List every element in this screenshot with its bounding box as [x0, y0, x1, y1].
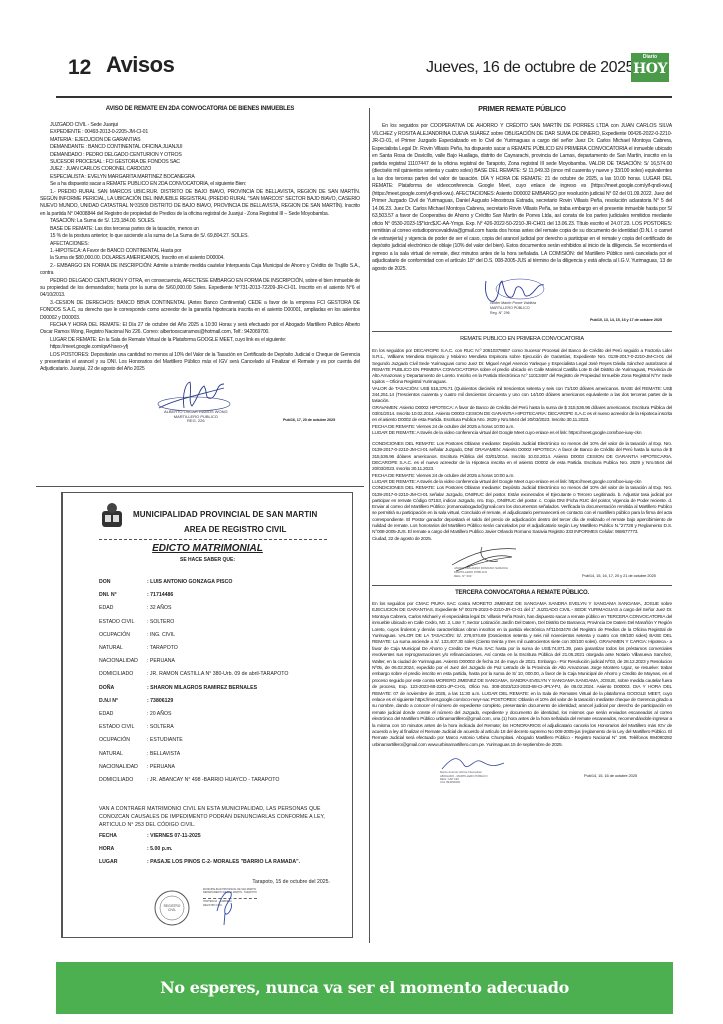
tasacion: TASACIÓN: La Suma de S/. 123,184.00. SOL… [40, 218, 360, 225]
remate-para: En los seguidos por DECAROPE S.A.C. con … [372, 349, 672, 387]
detail-label: DON [99, 579, 111, 585]
detail-label: NACIONALIDAD [99, 658, 138, 664]
signature-block: ALBERTO OSCAR RAMOS WONG MARTILLERO PUBL… [36, 374, 364, 432]
publication-dates: Pub/16, 17, 20 de octubre 2025 [283, 418, 335, 422]
signature-block: JAVIER ORLANDO ROMANO SARAVIA MARTILLERO… [372, 543, 672, 583]
remate-para: CONDICIONES DEL REMATE: Los Postores Obl… [372, 442, 672, 473]
edicto-body: VAN A CONTRAER MATRIMONIO CIVIL EN ESTA … [99, 805, 327, 829]
detail-label: ESTADO CIVIL [99, 619, 134, 625]
detail-label: DOMICILIADO [99, 777, 133, 783]
signature-text: Wilder Martín Ponce Valdivia MARTILLERO … [490, 301, 536, 315]
header-rule [56, 96, 672, 98]
detail-label: DOÑA [99, 685, 114, 691]
embargo-detail: PEDRO DELGADO CENTURION Y OTRA, en conse… [40, 278, 360, 300]
signer-title: MARTILLERO PÚBLICO [490, 306, 536, 311]
detail-value: : ING. CIVIL [147, 632, 175, 638]
signer-phone: CAL 994090292 [440, 781, 488, 784]
detail-label: FECHA [99, 833, 117, 839]
hipoteca: 1.-HIPOTECA: A Favor de BANCO CONTINENTA… [40, 248, 360, 255]
edicto-title: EDICTO MATRIMONIAL [63, 543, 352, 554]
signer-reg: REG. N° 333 [454, 575, 508, 579]
detail-label: LUGAR [99, 859, 117, 865]
detail-value: : PERUANA [147, 658, 175, 664]
hipoteca-2: la Suma de $80,000.00. DOLARES AMERICANO… [40, 255, 360, 262]
detail-value: : TARAPOTO [147, 645, 178, 651]
registry-stamp-icon: REGISTRO CIVIL [153, 888, 191, 928]
municipality-name: MUNICIPALIDAD PROVINCIAL DE SAN MARTIN [133, 510, 317, 519]
right-column: PRIMER REMATE PÚBLICO En los seguidos po… [372, 100, 672, 793]
detail-value: : PASAJE LOS PINOS C-2- MORALES "BARRIO … [147, 859, 300, 865]
tercera-conv-title: TERCERA CONVOCATORIA A REMATE PÚBLICO. [372, 590, 672, 596]
embargo: 2.- EMBARGO EN FORMA DE INSCRIPCIÓN: Adm… [40, 263, 360, 278]
remate-para: CONDICIONES DEL REMATE: Los Postores Obl… [372, 486, 672, 536]
detail-label: EDAD [99, 711, 113, 717]
signer-reg: Reg. N° 296 [490, 311, 536, 316]
detail-value: : PERUANA [147, 764, 175, 770]
signature-block: Marco Antonio Urbina Chumpitasi ABOGADO … [372, 749, 672, 793]
base-remate-2: 15 % de la postura anterior; lo que asci… [40, 233, 360, 240]
issue-date: Jueves, 16 de octubre de 2025 [426, 59, 634, 77]
detail-label: D.N.I N° [99, 698, 118, 704]
notice-line: DEMANDADO : PEDRO DELGADO CENTURION Y OT… [50, 152, 360, 159]
signature-text: JAVIER ORLANDO ROMANO SARAVIA MARTILLERO… [454, 567, 508, 578]
detail-value: : 5.00 p.m. [147, 846, 172, 852]
notice-line: JUEZ : JUAN CARLOS CORONEL CARDOZO [50, 166, 360, 173]
signer-reg: REG. 226 [164, 419, 228, 424]
base-remate: BASE DE REMATE: Las dos terceras partes … [40, 226, 360, 233]
remate-para[interactable]: LUGAR DE REMATE: A través de la video co… [372, 431, 672, 437]
section-title: Avisos [106, 52, 174, 78]
publication-dates: Pub/14, 15, 16 de octubre 2025 [584, 773, 637, 778]
tercera-conv-body: En los seguidos por CMAC PIURA SAC contr… [372, 602, 672, 749]
notice-line: Se a ha dispuesto sacar a REMATE PUBLICO… [50, 181, 360, 188]
signature-icon [213, 885, 237, 925]
signature-text: Marco Antonio Urbina Chumpitasi ABOGADO … [440, 771, 488, 785]
edicto-intro: SE HACE SABER QUE: [63, 557, 352, 563]
page-header: 12 Avisos Jueves, 16 de octubre de 2025 … [56, 40, 672, 98]
detail-value: : LUIS ANTONIO GONZAGA PISCO [147, 579, 232, 585]
notice-line: ESPECIALISTA : EVELYN MARGARITA MARTINEZ… [50, 174, 360, 181]
bien-description: 1.- PREDIO RURAL SAN MARCOS UBIC.RUR. DI… [40, 189, 360, 219]
detail-value: : 73806129 [147, 698, 173, 704]
cesion-derechos: 3.-CESION DE DERECHOS: BANCO BBVA CONTIN… [40, 300, 360, 322]
detail-label: HORA [99, 846, 114, 852]
lugar-remate: LUGAR DE REMATE: En la Sala de Remate Vi… [40, 337, 360, 344]
page-number: 12 [68, 56, 91, 80]
remate-primera-title: REMATE PUBLICO EN PRIMERA CONVOCATORIA [372, 336, 672, 342]
section-rule [36, 486, 364, 487]
fecha-remate: FECHA Y HORA DEL REMATE: El Día 27 de oc… [40, 322, 360, 337]
detail-value: : BELLAVISTA [147, 751, 180, 757]
detail-value: : 20 AÑOS [147, 711, 172, 717]
notice-line: MATERIA : EJECUCION DE GARANTIAS [50, 137, 360, 144]
logo-main-text: HOY [631, 61, 669, 77]
detail-label: NATURAL [99, 751, 123, 757]
detail-value: : SHARON MILAGROS RAMIREZ BERNALES [147, 685, 257, 691]
afectaciones-label: AFECTACIONES: [40, 241, 360, 248]
detail-value: : SOLTERO [147, 619, 174, 625]
detail-value: : JR. ABANCAY N° 498 -BARRIO HUAYCO - TA… [147, 777, 279, 783]
detail-label: OCUPACIÓN [99, 632, 130, 638]
detail-label: OCUPACIÓN [99, 737, 130, 743]
column-divider [369, 108, 370, 943]
notice-line: SUCESOR PROCESAL : FCI GESTORA DE FONDOS… [50, 159, 360, 166]
logo-top-text: Diario [631, 53, 669, 61]
signature-text: ALBERTO OSCAR RAMOS WONG MARTILLERO PUBL… [164, 410, 228, 424]
primer-remate-title: PRIMER REMATE PÚBLICO [372, 106, 672, 113]
primer-remate-body: En los seguidos por COOPERATIVA DE AHORR… [372, 123, 672, 273]
remate-para: VALOR de TASACIÓN: US$ 516,376.71 (Quini… [372, 387, 672, 406]
remate-primera-body: En los seguidos por DECAROPE S.A.C. con … [372, 349, 672, 543]
ad-title: AVISO DE REMATE EN 2DA CONVOCATORIA DE B… [36, 106, 364, 112]
postores: LOS POSTORES: Depositarán una cantidad n… [40, 352, 360, 374]
remate-2da-body: 1.- PREDIO RURAL SAN MARCOS UBIC.RUR. DI… [36, 189, 364, 374]
registry-area: AREA DE REGISTRO CIVIL [184, 525, 286, 534]
detail-label: DOMICILIADO [99, 671, 133, 677]
detail-value: : 71714486 [147, 592, 173, 598]
remate-2da-notice: JUZGADO CIVIL - Sede Juanjui EXPEDIENTE … [36, 122, 364, 189]
section-rule [372, 331, 672, 332]
diario-hoy-logo: Diario HOY [631, 53, 669, 82]
notice-line: EXPEDIENTE : 00493-2013-0-2205-JM-CI-01 [50, 129, 360, 136]
signature-block: Wilder Martín Ponce Valdivia MARTILLERO … [372, 273, 672, 327]
left-column: AVISO DE REMATE EN 2DA CONVOCATORIA DE B… [36, 100, 364, 432]
detail-value: : VIERNES 07-11-2025 [147, 833, 201, 839]
svg-text:CIVIL: CIVIL [168, 908, 176, 912]
detail-label: ESTADO CIVIL [99, 724, 134, 730]
publication-dates: Pub/10, 13, 14, 15, 16 y 17 de octubre 2… [590, 318, 662, 322]
notice-line: DEMANDANTE : BANCO CONTINENTAL OFICINA J… [50, 144, 360, 151]
detail-label: NATURAL [99, 645, 123, 651]
municipality-crest-icon [99, 501, 125, 531]
remate-para: GRAVAMEN: Asiento D0002 HIPOTECA: A favo… [372, 406, 672, 425]
detail-label: EDAD [99, 605, 113, 611]
dashed-divider [99, 539, 327, 540]
footer-banner: No esperes, nunca va ser el momento adec… [56, 962, 673, 1014]
detail-value: : ESTUDIANTE [147, 737, 183, 743]
notice-line: JUZGADO CIVIL - Sede Juanjui [50, 122, 360, 129]
detail-value: : SOLTERA [147, 724, 174, 730]
meet-link[interactable]: https://meet.google.com/qwf-hseo-yfj [40, 344, 360, 351]
section-rule [372, 585, 672, 586]
detail-label: NACIONALIDAD [99, 764, 138, 770]
edicto-matrimonial: MUNICIPALIDAD PROVINCIAL DE SAN MARTIN A… [61, 492, 353, 938]
detail-value: : JR. RAMON CASTILLA N° 380-Urb. 09 de a… [147, 671, 288, 677]
detail-label: DNI. N° [99, 592, 117, 598]
place-date: Tarapoto, 15 de octubre del 2025. [252, 879, 330, 885]
detail-value: : 32 AÑOS [147, 605, 172, 611]
publication-dates: Pub/14, 15, 16, 17, 20 y 21 de octubre 2… [582, 573, 656, 578]
